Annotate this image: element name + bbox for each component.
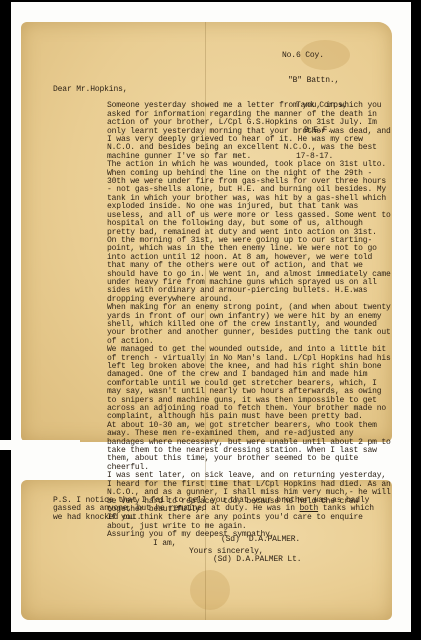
unit-company: No.6 Coy. bbox=[282, 52, 347, 60]
paragraph: When making for an enemy strong point, (… bbox=[53, 304, 393, 346]
postscript-signature: (Sd) D.A.PALMER. bbox=[53, 536, 383, 544]
postscript-emphasis: both bbox=[300, 504, 319, 513]
water-stain bbox=[190, 570, 230, 610]
unit-battalion: "B" Battn., bbox=[282, 77, 347, 85]
paragraph: The action in which he was wounded, took… bbox=[53, 161, 393, 237]
paragraph: Someone yesterday showed me a letter fro… bbox=[53, 102, 393, 161]
paragraph: On the morning of 31st, we were going up… bbox=[53, 237, 393, 304]
salutation: Dear Mr.Hopkins, bbox=[53, 86, 393, 94]
signature: (Sd) D.A.PALMER Lt. bbox=[53, 556, 393, 564]
postscript: P.S. I notice that I fail to tell you th… bbox=[53, 497, 383, 545]
paragraph: We managed to get the wounded outside, a… bbox=[53, 346, 393, 422]
paragraph: At about 10-30 am, we got stretcher bear… bbox=[53, 422, 393, 472]
letter-body: Dear Mr.Hopkins, Someone yesterday showe… bbox=[53, 86, 393, 565]
